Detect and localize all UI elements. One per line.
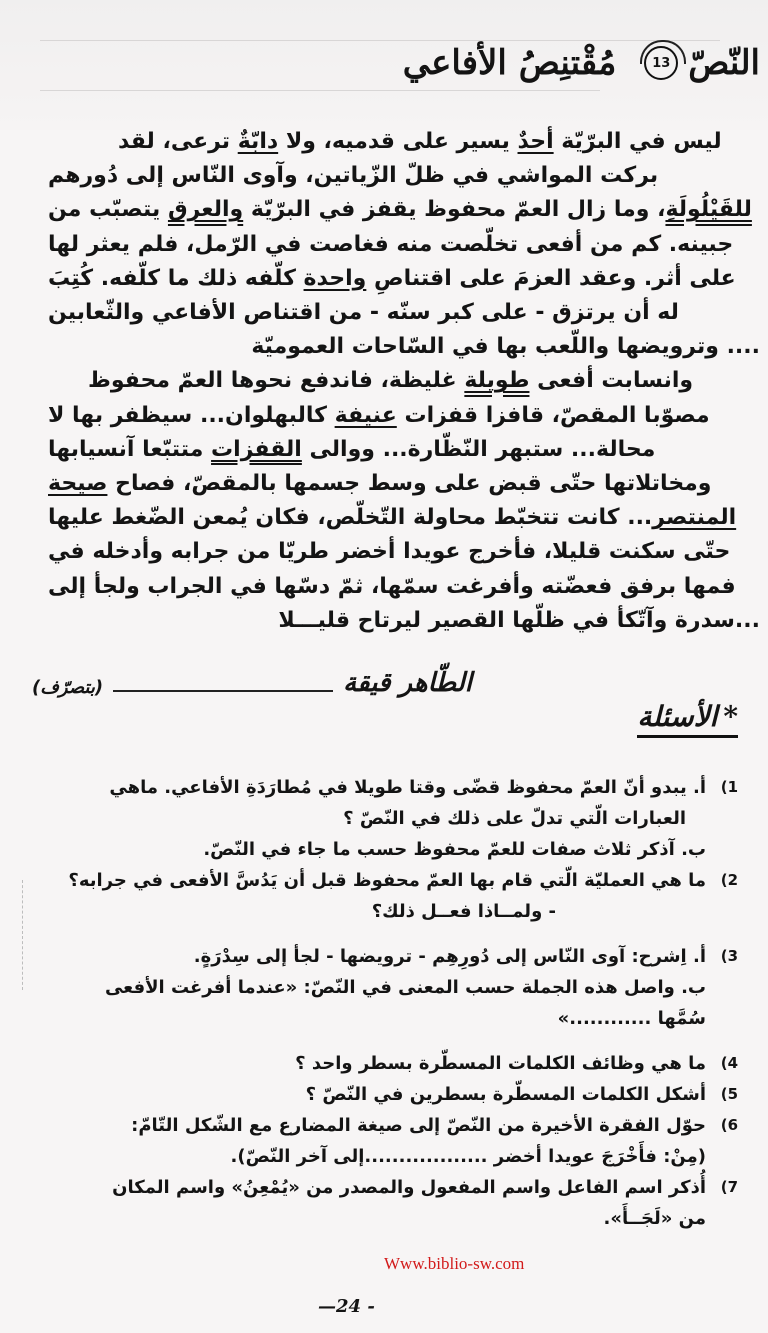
text-span: يسير على قدميه، ولا	[278, 129, 517, 154]
double-underlined-word: للقَيْلُولَةِ	[665, 197, 751, 222]
question-text: ما هي العمليّة الّتي قام بها العمّ محفوظ…	[38, 865, 706, 896]
passage: ليس في البرّيّة أحدٌ يسير على قدميه، ولا…	[48, 125, 760, 638]
underlined-word: عنيفة	[335, 403, 397, 428]
page-number: —24 -	[318, 1296, 375, 1317]
passage-paragraph-1: ليس في البرّيّة أحدٌ يسير على قدميه، ولا…	[48, 125, 760, 364]
question-text: - ولمــاذا فعــل ذلك؟	[38, 896, 706, 927]
question-number: 5)	[706, 1079, 738, 1110]
question-text: أ. اِشرح: آوى النّاس إلى دُورِهِم - تروي…	[38, 941, 706, 972]
question-4: 4) ما هي وظائف الكلمات المسطّرة بسطر واح…	[38, 1048, 738, 1079]
text-span: وانسابت أفعى	[529, 368, 693, 393]
question-3: 3) أ. اِشرح: آوى النّاس إلى دُورِهِم - ت…	[38, 941, 738, 1034]
double-underlined-word: القفزات	[211, 437, 302, 462]
questions-list: 1) أ. يبدو أنّ العمّ محفوظ قضّى وقتا طوي…	[38, 772, 738, 1234]
watermark-link[interactable]: Www.biblio-sw.com	[384, 1254, 524, 1274]
text-span: ليس في البرّيّة	[554, 129, 722, 154]
question-text: من «لَجَــأَ».	[38, 1203, 706, 1234]
text-header: النّصّ 13 مُقْتنِصُ الأفاعي	[46, 28, 768, 98]
question-number: 2)	[706, 865, 738, 927]
question-text: ب. واصل هذه الجملة حسب المعنى في النّصّ:…	[38, 972, 706, 1003]
question-2: 2) ما هي العمليّة الّتي قام بها العمّ مح…	[38, 865, 738, 927]
author-line: الطّاهر قيقة (بتصرّف)	[32, 664, 732, 698]
question-text: أُذكر اسم الفاعل واسم المفعول والمصدر من…	[38, 1172, 706, 1203]
underlined-word: دابّةٌ	[238, 129, 278, 154]
text-number-badge: 13	[644, 46, 678, 80]
margin-mark	[22, 880, 24, 990]
questions-heading: *الأسئلة	[637, 700, 738, 738]
question-number: 4)	[706, 1048, 738, 1079]
author-note: (بتصرّف)	[32, 677, 103, 698]
question-5: 5) أشكل الكلمات المسطّرة بسطرين في النّص…	[38, 1079, 738, 1110]
text-span: ، وما زال العمّ محفوظ يقفز في البرّيّة	[243, 197, 665, 222]
star-icon: *	[723, 700, 738, 733]
question-text: ب. آذكر ثلاث صفات للعمّ محفوظ حسب ما جاء…	[38, 834, 706, 865]
text-label: النّصّ	[688, 43, 760, 83]
text-title: مُقْتنِصُ الأفاعي	[403, 43, 617, 83]
question-number: 1)	[706, 772, 738, 865]
question-text: (مِنْ: فأَخْرَجَ عويدا أخضر ............…	[38, 1141, 706, 1172]
question-text: ما هي وظائف الكلمات المسطّرة بسطر واحد ؟	[38, 1048, 706, 1079]
double-underlined-word: والعرق	[168, 197, 243, 222]
question-number: 6)	[706, 1110, 738, 1172]
question-number: 7)	[706, 1172, 738, 1234]
question-text: العبارات الّتي تدلّ على ذلك في النّصّ ؟	[38, 803, 706, 834]
question-1: 1) أ. يبدو أنّ العمّ محفوظ قضّى وقتا طوي…	[38, 772, 738, 865]
passage-paragraph-2: وانسابت أفعى طويلة غليظة، فاندفع نحوها ا…	[48, 364, 760, 638]
double-underlined-word: طويلة	[464, 368, 529, 393]
author-rule	[113, 690, 333, 692]
author-name: الطّاهر قيقة	[343, 668, 472, 698]
underlined-word: واحدة	[304, 266, 367, 291]
questions-heading-label: الأسئلة	[637, 700, 717, 733]
question-text: حوّل الفقرة الأخيرة من النّصّ إلى صيغة ا…	[38, 1110, 706, 1141]
question-6: 6) حوّل الفقرة الأخيرة من النّصّ إلى صيغ…	[38, 1110, 738, 1172]
question-text: سُمَّها ............»	[38, 1003, 706, 1034]
question-text: أشكل الكلمات المسطّرة بسطرين في النّصّ ؟	[38, 1079, 706, 1110]
question-text: أ. يبدو أنّ العمّ محفوظ قضّى وقتا طويلا …	[38, 772, 706, 803]
question-number: 3)	[706, 941, 738, 1034]
underlined-word: أحدٌ	[518, 129, 554, 154]
question-7: 7) أُذكر اسم الفاعل واسم المفعول والمصدر…	[38, 1172, 738, 1234]
